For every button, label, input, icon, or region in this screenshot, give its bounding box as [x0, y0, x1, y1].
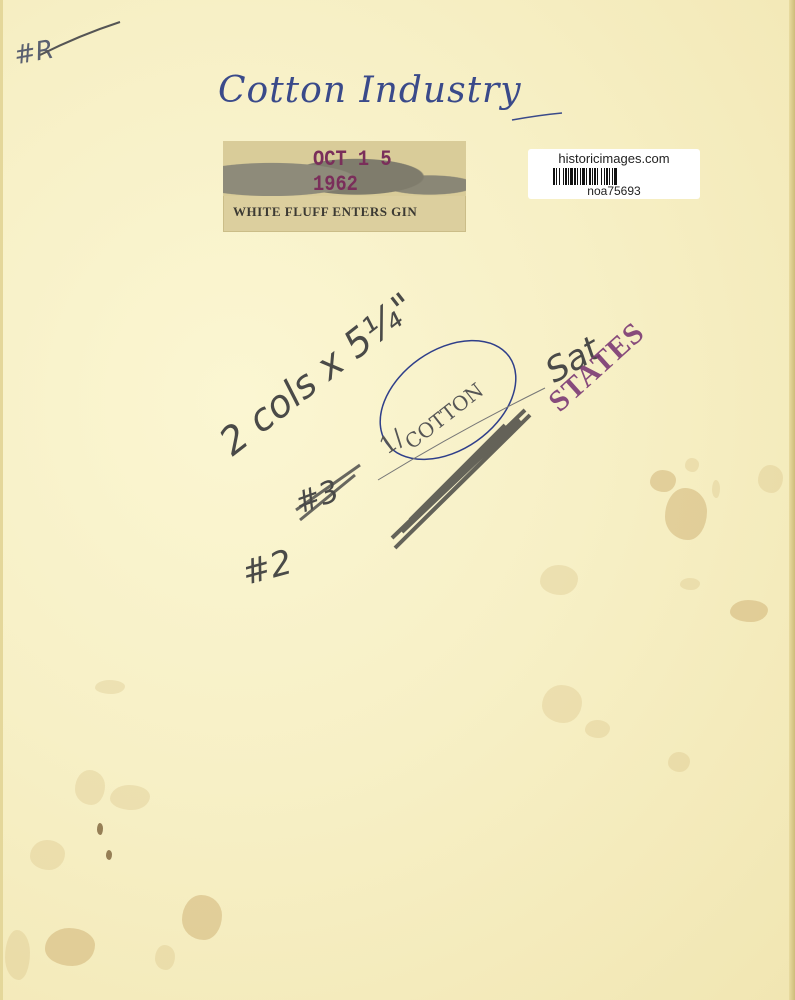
- scribble-marks: [0, 0, 795, 1000]
- photo-back-paper: #R Cotton Industry OCT 1 5 1962 WHITE FL…: [0, 0, 795, 1000]
